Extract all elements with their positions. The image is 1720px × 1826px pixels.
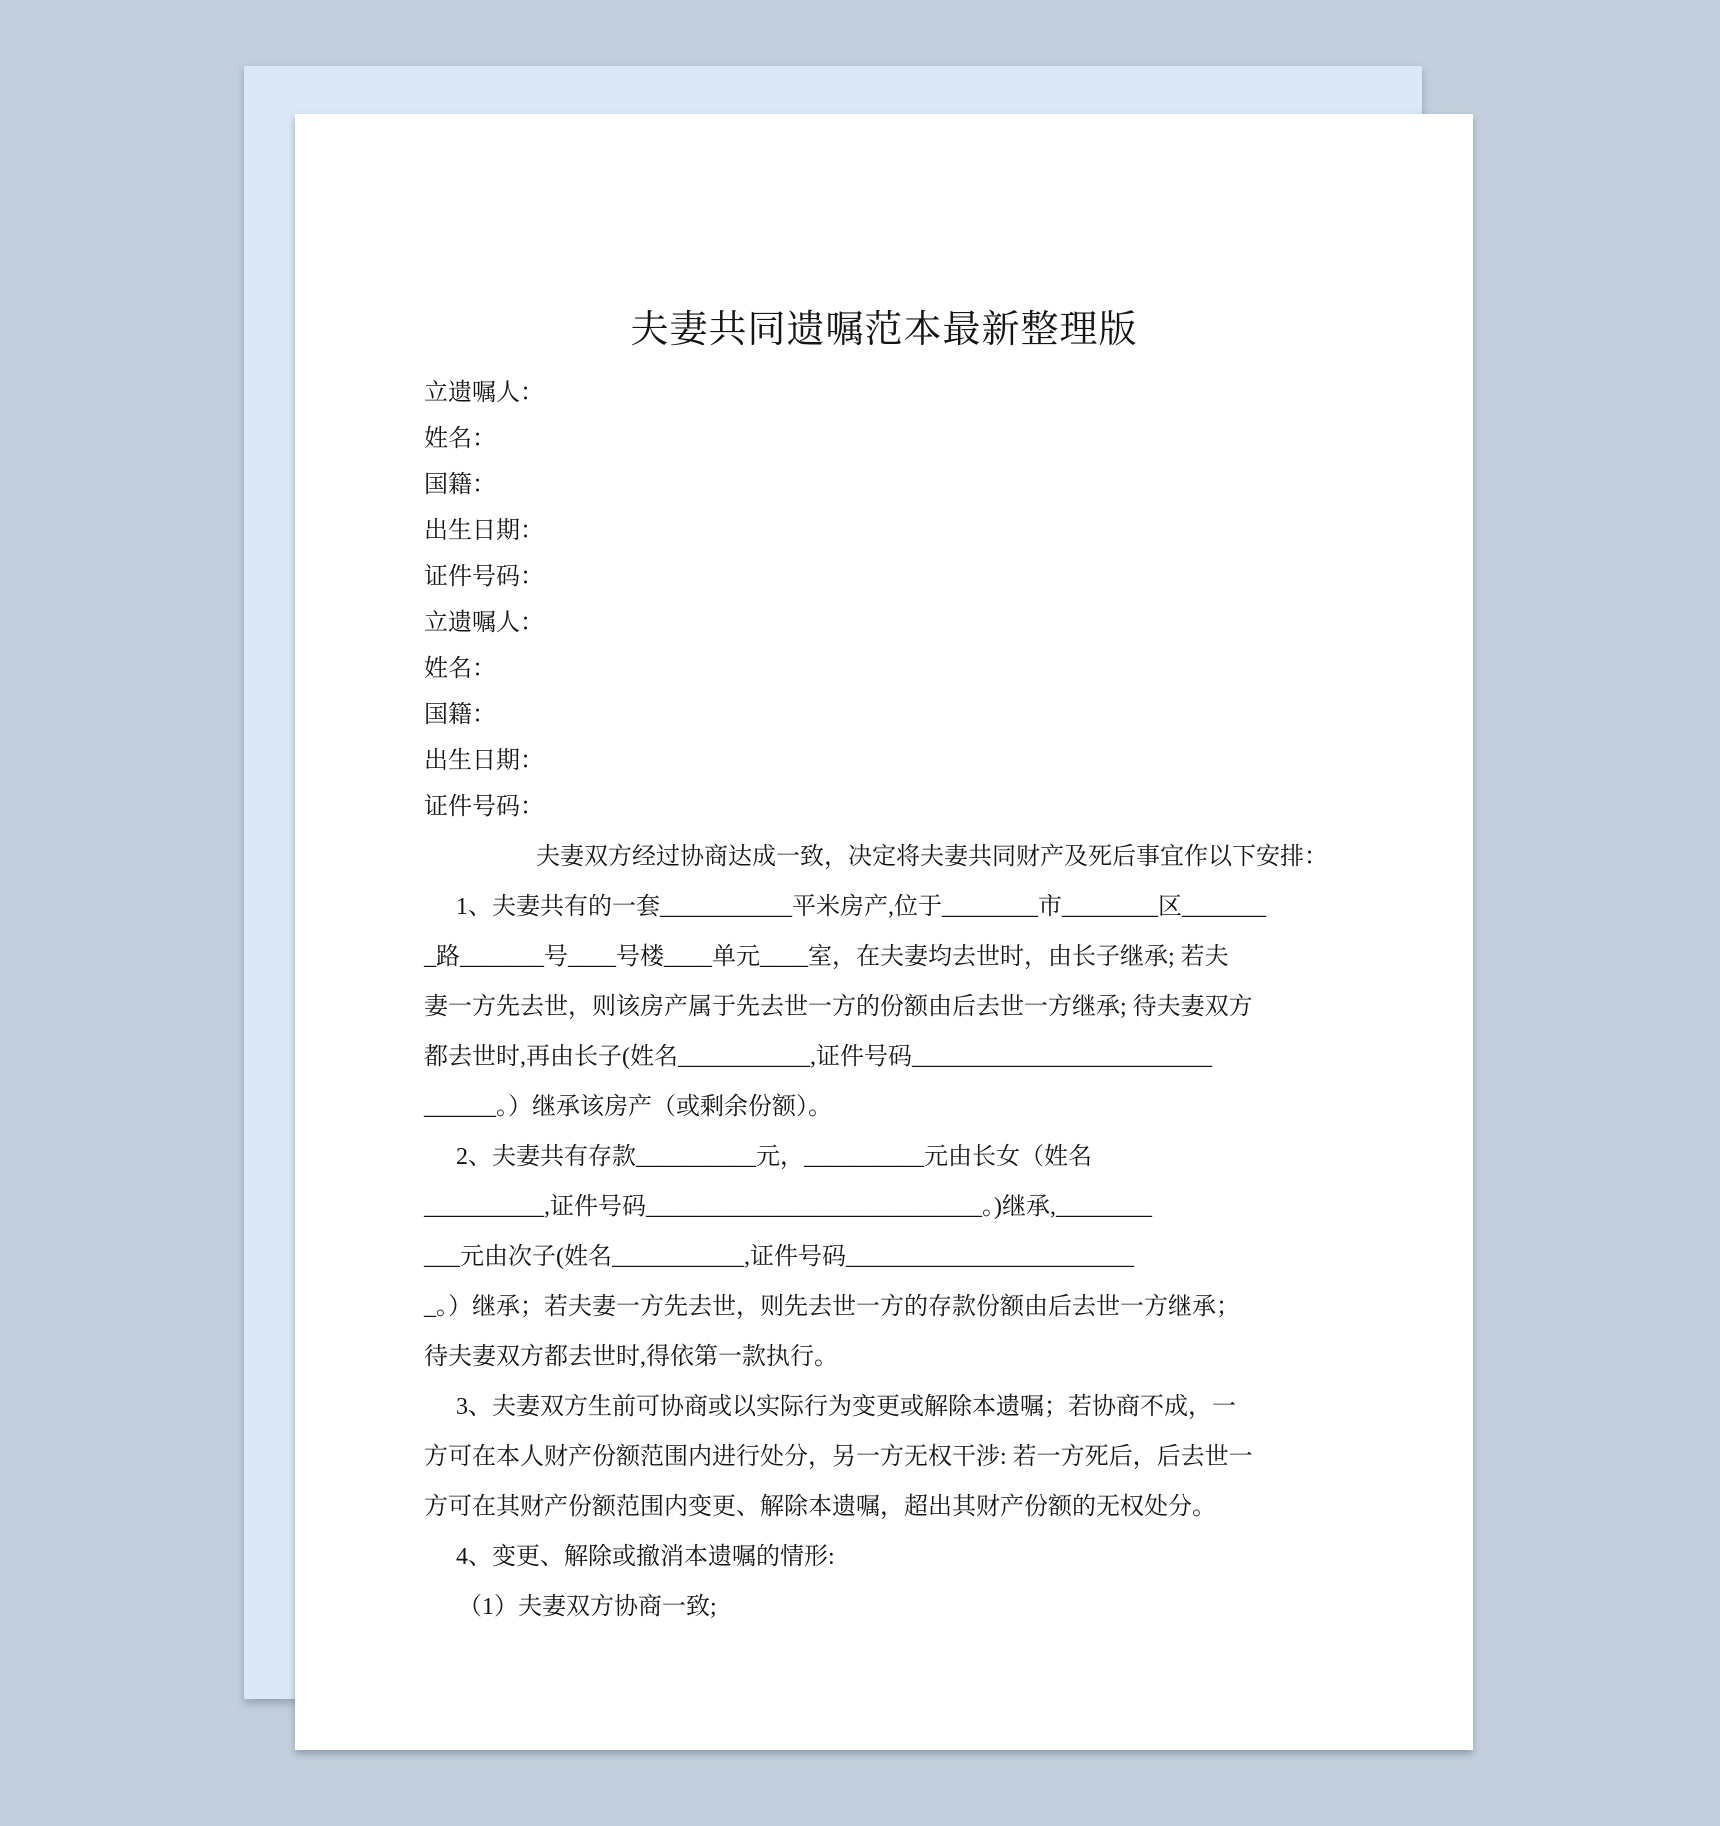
field-name-2: 姓名： [424,646,1260,692]
document-page: 夫妻共同遗嘱范本最新整理版 立遗嘱人： 姓名： 国籍： 出生日期： 证件号码： … [295,114,1473,1750]
clause-1-line-1: 1、夫妻共有的一套___________平米房产,位于________市____… [424,882,1260,932]
field-nationality-2: 国籍： [424,692,1260,738]
testator-fields: 立遗嘱人： 姓名： 国籍： 出生日期： 证件号码： 立遗嘱人： 姓名： 国籍： … [424,370,1260,830]
clause-2-line-3: ___元由次子(姓名___________,证件号码______________… [424,1232,1260,1282]
clause-1-line-3: 妻一方先去世，则该房产属于先去世一方的份额由后去世一方继承; 待夫妻双方 [424,982,1260,1032]
clause-3-line-1: 3、夫妻双方生前可协商或以实际行为变更或解除本遗嘱；若协商不成，一 [424,1382,1260,1432]
field-testator-1: 立遗嘱人： [424,370,1260,416]
field-birthdate-1: 出生日期： [424,508,1260,554]
clause-1-line-4: 都去世时,再由长子(姓名___________,证件号码____________… [424,1032,1260,1082]
clause-3-line-2: 方可在本人财产份额范围内进行处分，另一方无权干涉: 若一方死后，后去世一 [424,1432,1260,1482]
clause-2-line-1: 2、夫妻共有存款__________元，__________元由长女（姓名 [424,1132,1260,1182]
intro-line: 夫妻双方经过协商达成一致，决定将夫妻共同财产及死后事宜作以下安排： [424,832,1260,882]
clause-1-line-5: ______。）继承该房产（或剩余份额）。 [424,1082,1260,1132]
clause-1-line-2: _路_______号____号楼____单元____室，在夫妻均去世时，由长子继… [424,932,1260,982]
field-birthdate-2: 出生日期： [424,738,1260,784]
clause-3-line-3: 方可在其财产份额范围内变更、解除本遗嘱，超出其财产份额的无权处分。 [424,1482,1260,1532]
document-title: 夫妻共同遗嘱范本最新整理版 [295,306,1473,354]
document-body: 立遗嘱人： 姓名： 国籍： 出生日期： 证件号码： 立遗嘱人： 姓名： 国籍： … [424,370,1260,1632]
field-testator-2: 立遗嘱人： [424,600,1260,646]
field-id-number-2: 证件号码： [424,784,1260,830]
field-nationality-1: 国籍： [424,462,1260,508]
clause-4-item-1: （1）夫妻双方协商一致; [424,1582,1260,1632]
field-name-1: 姓名： [424,416,1260,462]
document-preview-canvas: { "colors": { "background": "#c4cfdd", "… [0,0,1720,1826]
clause-2-line-5: 待夫妻双方都去世时,得依第一款执行。 [424,1332,1260,1382]
field-id-number-1: 证件号码： [424,554,1260,600]
clause-2-line-2: __________,证件号码_________________________… [424,1182,1260,1232]
will-clauses: 夫妻双方经过协商达成一致，决定将夫妻共同财产及死后事宜作以下安排： 1、夫妻共有… [424,832,1260,1632]
clause-4-line-1: 4、变更、解除或撤消本遗嘱的情形: [424,1532,1260,1582]
clause-2-line-4: _。）继承；若夫妻一方先去世，则先去世一方的存款份额由后去世一方继承； [424,1282,1260,1332]
